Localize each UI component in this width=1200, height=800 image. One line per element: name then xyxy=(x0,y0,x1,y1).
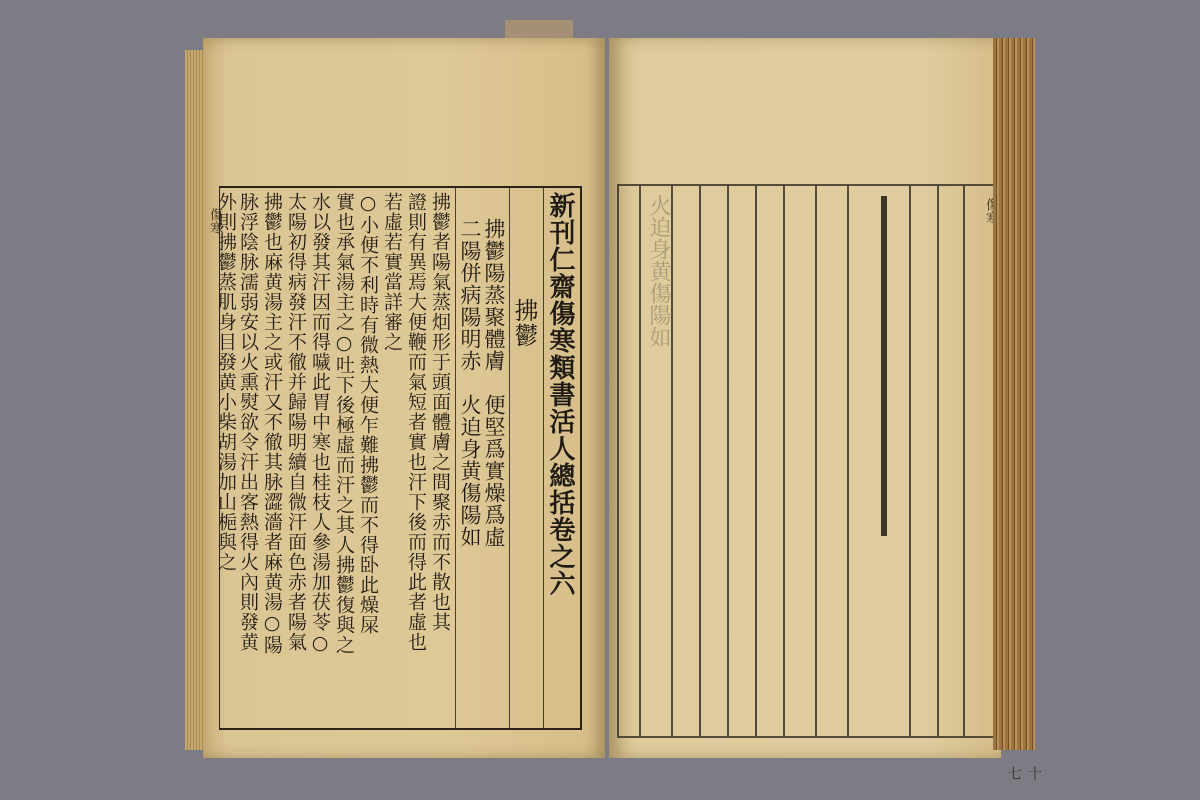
text-column: 拂鬱者陽氣蒸𤇆形于頭面體膚之間聚赤而不散也其 xyxy=(428,192,452,632)
text-column: 拂鬱也麻黄湯主之或汗又不徹其脉澀濇者麻黄湯○陽 xyxy=(260,192,284,655)
verse-line-1: 拂鬱陽蒸聚體膚 便堅爲實燥爲虛 xyxy=(482,218,506,548)
column-rule xyxy=(909,186,911,736)
left-page: 傷寒 新刊仁齋傷寒類書活人總括卷之六 拂鬱 拂鬱陽蒸聚體膚 便堅爲實燥爲虛 二陽… xyxy=(203,38,605,758)
ink-band xyxy=(881,196,887,536)
verse-line-2: 二陽併病陽明赤 火迫身黄傷陽如 xyxy=(458,218,482,548)
text-column: 脉浮陰脉濡弱安以火熏熨欲令汗出客熱得火內則發黄 xyxy=(236,192,260,652)
column-rule xyxy=(783,186,785,736)
text-column: 太陽初得病發汗不徹并歸陽明續自微汗面色赤者陽氣 xyxy=(284,192,308,652)
text-column: 水以發其汗因而得噦此胃中寒也桂枝人參湯加茯苓○ xyxy=(308,192,332,655)
page-number: 十七 xyxy=(1004,766,1044,780)
right-text-frame: 火迫身黄傷陽如 十七 xyxy=(617,184,997,738)
column-rule xyxy=(639,186,641,736)
text-column: ○小便不利時有微熱大便乍難拂鬱而不得卧此燥屎 xyxy=(356,192,380,635)
book-title: 新刊仁齋傷寒類書活人總括卷之六 xyxy=(548,192,572,597)
column-rule xyxy=(727,186,729,736)
column-rule xyxy=(847,186,849,736)
text-column: 外則拂鬱蒸肌身目發黄小柴胡湯加山梔與之 xyxy=(214,192,238,572)
right-page: 火迫身黄傷陽如 十七 傷寒 xyxy=(609,38,1001,758)
left-text-frame: 新刊仁齋傷寒類書活人總括卷之六 拂鬱 拂鬱陽蒸聚體膚 便堅爲實燥爲虛 二陽併病陽… xyxy=(219,186,582,730)
column-rule xyxy=(815,186,817,736)
column-rule xyxy=(937,186,939,736)
column-rule xyxy=(755,186,757,736)
show-through-text: 火迫身黄傷陽如 xyxy=(643,194,674,348)
text-column: 證則有異焉大便鞭而氣短者實也汗下後而得此者虛也 xyxy=(404,192,428,652)
text-column: 實也承氣湯主之○吐下後極虛而汗之其人拂鬱復與之 xyxy=(332,192,356,655)
column-rule xyxy=(963,186,965,736)
column-rule xyxy=(699,186,701,736)
column-rule xyxy=(455,188,456,728)
column-rule xyxy=(543,188,544,728)
section-heading: 拂鬱 xyxy=(512,298,536,348)
open-book: 傷寒 新刊仁齋傷寒類書活人總括卷之六 拂鬱 拂鬱陽蒸聚體膚 便堅爲實燥爲虛 二陽… xyxy=(185,30,1035,765)
text-column: 若虛若實當詳審之 xyxy=(380,192,404,352)
column-rule xyxy=(509,188,510,728)
right-page-edges xyxy=(993,38,1035,750)
